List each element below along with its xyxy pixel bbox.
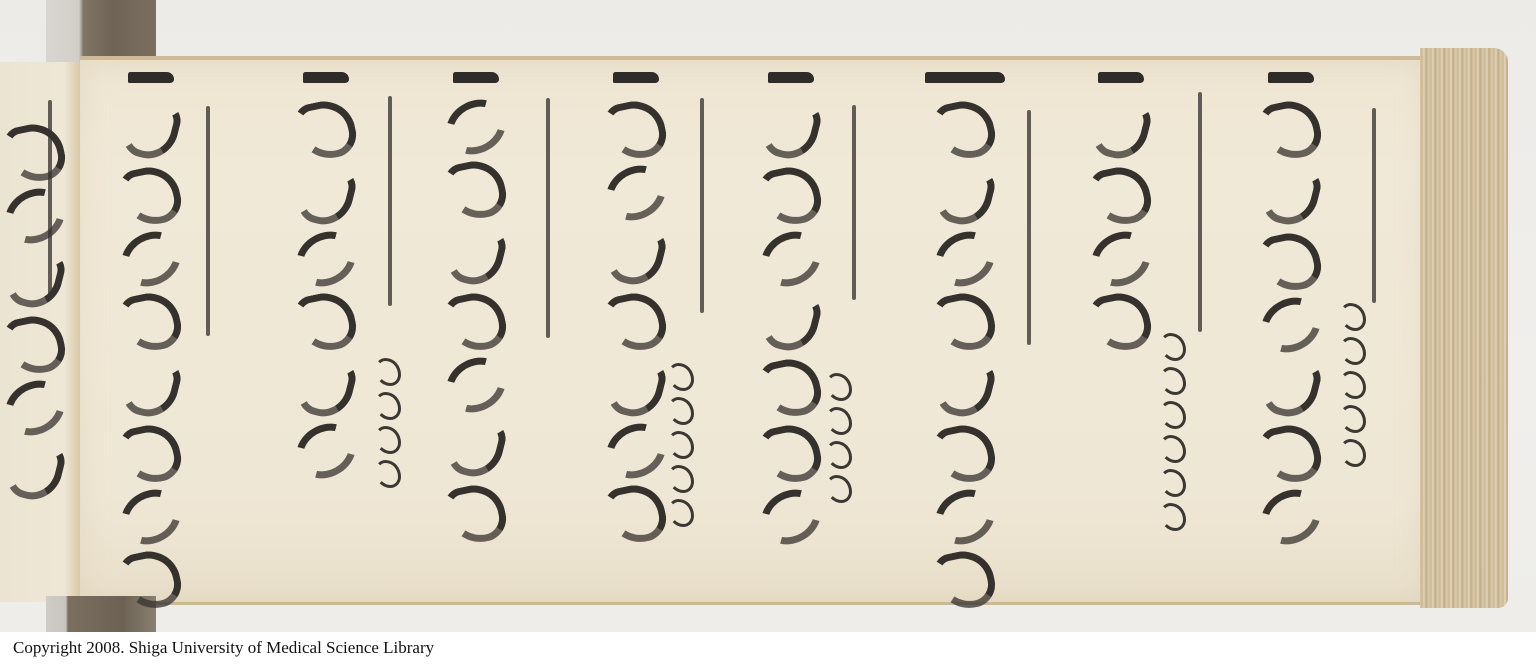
annotation-note [1160, 330, 1186, 534]
text-column-6 [445, 72, 507, 547]
binding-clip-top [46, 0, 156, 64]
text-column-5 [605, 72, 667, 547]
ink-rule [1372, 108, 1376, 303]
text-column-2 [1090, 72, 1152, 355]
copyright-caption: Copyright 2008. Shiga University of Medi… [13, 638, 434, 658]
ink-rule [388, 96, 392, 306]
ink-rule [1027, 110, 1031, 345]
ink-rule [206, 106, 210, 336]
text-column-8 [120, 72, 182, 613]
annotation-note [1340, 300, 1366, 470]
page-stack-edge [1420, 48, 1508, 608]
text-column-3 [925, 72, 1005, 613]
text-column-1 [1260, 72, 1322, 547]
ink-rule [700, 98, 704, 313]
annotation-note [668, 360, 694, 530]
annotation-note [826, 370, 852, 506]
ink-rule [852, 105, 856, 300]
text-column-left-page [4, 120, 66, 504]
annotation-note [375, 355, 401, 491]
right-page [80, 56, 1425, 605]
text-column-4 [760, 72, 822, 547]
ink-rule [1198, 92, 1202, 332]
manuscript-photo [0, 0, 1536, 632]
ink-rule [546, 98, 550, 338]
text-column-7 [295, 72, 357, 481]
